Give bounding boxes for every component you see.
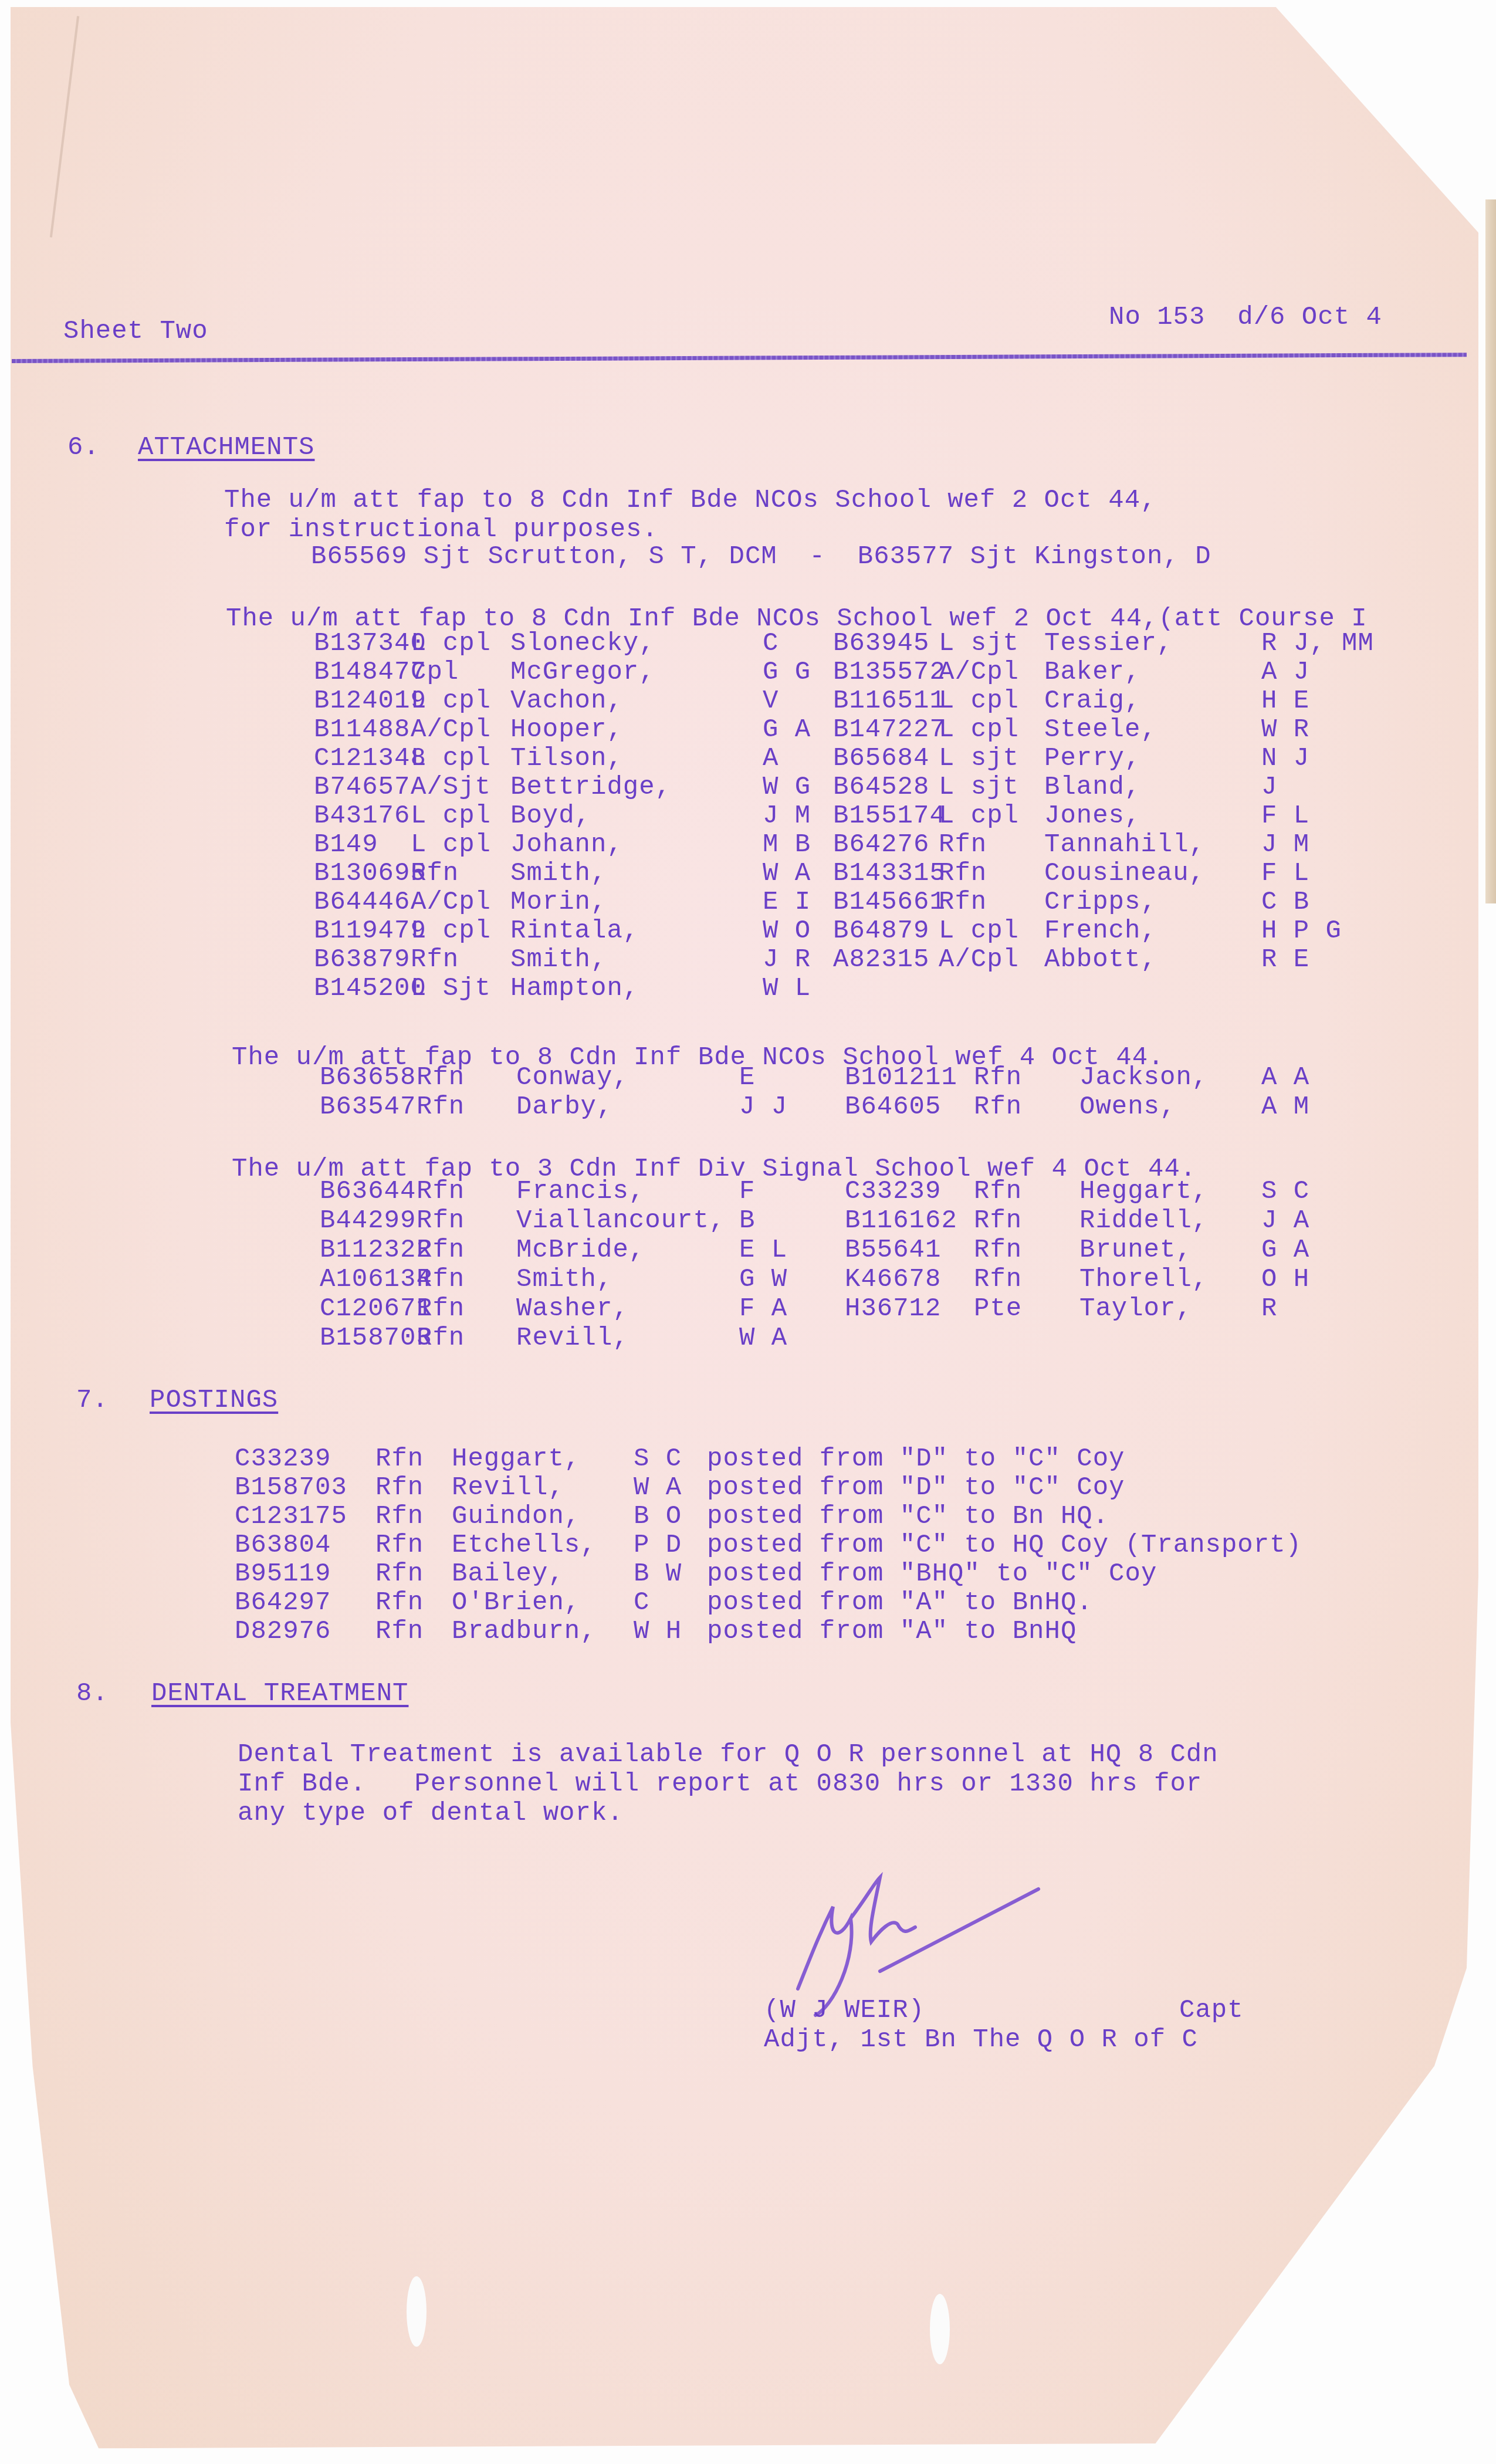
rank: Rfn: [974, 1206, 1022, 1236]
rank: Pte: [974, 1294, 1022, 1324]
service-number: B11488: [314, 715, 410, 744]
rank: Rfn: [974, 1063, 1022, 1092]
service-number: B135572: [833, 658, 946, 687]
surname: Washer,: [516, 1294, 629, 1324]
service-number: B145200: [314, 974, 427, 1003]
rank: Rfn: [375, 1473, 424, 1502]
surname: McGregor,: [510, 658, 655, 687]
surname: Boyd,: [510, 801, 591, 831]
initials: W A: [763, 859, 811, 888]
initials: H E: [1261, 686, 1309, 716]
initials: B W: [634, 1559, 682, 1589]
initials: J R: [763, 945, 811, 974]
service-number: B145661: [833, 888, 946, 917]
surname: Darby,: [516, 1092, 612, 1122]
initials: R J, MM: [1261, 629, 1374, 658]
rank: A/Sjt: [411, 773, 491, 802]
surname: Guindon,: [452, 1502, 580, 1531]
rank: Rfn: [375, 1559, 424, 1589]
initials: M B: [763, 830, 811, 859]
paper-back-edge: [1485, 199, 1496, 903]
service-number: B137340: [314, 629, 427, 658]
initials: S C: [634, 1444, 682, 1474]
surname: Bettridge,: [510, 773, 671, 802]
surname: Smith,: [516, 1265, 612, 1294]
rank: L cpl: [411, 830, 491, 859]
initials: N J: [1261, 744, 1309, 773]
surname: Riddell,: [1079, 1206, 1208, 1236]
rank: L cpl: [411, 801, 491, 831]
initials: J J: [739, 1092, 787, 1122]
rank: Rfn: [417, 1265, 465, 1294]
surname: Heggart,: [452, 1444, 580, 1474]
initials: A A: [1261, 1063, 1309, 1092]
initials: A J: [1261, 658, 1309, 687]
initials: J: [1261, 773, 1277, 802]
surname: Taylor,: [1079, 1294, 1192, 1324]
service-number: B148477: [314, 658, 427, 687]
service-number: B65684: [833, 744, 929, 773]
initials: V: [763, 686, 779, 716]
rank: Rfn: [375, 1531, 424, 1560]
surname: Perry,: [1044, 744, 1140, 773]
rank: L cpl: [411, 744, 491, 773]
service-number: B63879: [314, 945, 410, 974]
rank: L sjt: [939, 744, 1019, 773]
surname: O'Brien,: [452, 1588, 580, 1617]
service-number: B43176: [314, 801, 410, 831]
service-number: B112322: [320, 1236, 432, 1265]
rank: L sjt: [939, 773, 1019, 802]
surname: Jones,: [1044, 801, 1140, 831]
service-number: C121348: [314, 744, 427, 773]
rank: Rfn: [939, 888, 987, 917]
initials: P D: [634, 1531, 682, 1560]
initials: F L: [1261, 859, 1309, 888]
initials: O H: [1261, 1265, 1309, 1294]
service-number: B116511: [833, 686, 946, 716]
surname: Viallancourt,: [516, 1206, 725, 1236]
surname: Cripps,: [1044, 888, 1157, 917]
sheet-label: Sheet Two: [63, 317, 208, 346]
service-number: B63644: [320, 1177, 416, 1206]
dental-line-2: Inf Bde. Personnel will report at 0830 h…: [238, 1769, 1202, 1799]
surname: Francis,: [516, 1177, 645, 1206]
surname: Thorell,: [1079, 1265, 1208, 1294]
rank: Rfn: [417, 1063, 465, 1092]
service-number: B64879: [833, 916, 929, 946]
initials: R E: [1261, 945, 1309, 974]
surname: Craig,: [1044, 686, 1140, 716]
service-number: K46678: [845, 1265, 941, 1294]
section-6-number: 6.: [67, 433, 100, 462]
rank: L Sjt: [411, 974, 491, 1003]
initials: H P G: [1261, 916, 1342, 946]
surname: Vachon,: [510, 686, 623, 716]
service-number: B149: [314, 830, 378, 859]
surname: Tilson,: [510, 744, 623, 773]
dental-line-1: Dental Treatment is available for Q O R …: [238, 1740, 1219, 1769]
att-group1-intro-2: for instructional purposes.: [224, 515, 658, 544]
initials: G A: [763, 715, 811, 744]
rank: Rfn: [939, 830, 987, 859]
rank: L cpl: [939, 686, 1019, 716]
initials: W O: [763, 916, 811, 946]
service-number: B143315: [833, 859, 946, 888]
service-number: B63804: [235, 1531, 331, 1560]
rank: L cpl: [411, 916, 491, 946]
posting-detail: posted from "C" to HQ Coy (Transport): [707, 1531, 1302, 1560]
rank: Rfn: [375, 1502, 424, 1531]
posting-detail: posted from "A" to BnHQ.: [707, 1588, 1093, 1617]
rank: Rfn: [974, 1092, 1022, 1122]
initials: W L: [763, 974, 811, 1003]
surname: Bailey,: [452, 1559, 564, 1589]
initials: E I: [763, 888, 811, 917]
rank: L sjt: [939, 629, 1019, 658]
surname: Smith,: [510, 945, 607, 974]
service-number: B74657: [314, 773, 410, 802]
service-number: C33239: [845, 1177, 941, 1206]
service-number: B158703: [235, 1473, 347, 1502]
surname: Conway,: [516, 1063, 629, 1092]
surname: Jackson,: [1079, 1063, 1208, 1092]
punch-hole: [930, 2294, 950, 2364]
service-number: B63658: [320, 1063, 416, 1092]
signatory-title: Adjt, 1st Bn The Q O R of C: [764, 2025, 1198, 2055]
service-number: A82315: [833, 945, 929, 974]
rank: Rfn: [417, 1294, 465, 1324]
rank: L cpl: [939, 801, 1019, 831]
service-number: B63945: [833, 629, 929, 658]
surname: Revill,: [452, 1473, 564, 1502]
service-number: B64605: [845, 1092, 941, 1122]
rank: Cpl: [411, 658, 459, 687]
service-number: B44299: [320, 1206, 416, 1236]
section-7-number: 7.: [76, 1386, 109, 1415]
initials: C: [763, 629, 779, 658]
rank: Rfn: [411, 859, 459, 888]
initials: G G: [763, 658, 811, 687]
order-reference: No 153 d/6 Oct 4: [1109, 303, 1382, 332]
posting-detail: posted from "D" to "C" Coy: [707, 1444, 1125, 1474]
rank: Rfn: [974, 1265, 1022, 1294]
surname: Slonecky,: [510, 629, 655, 658]
initials: E L: [739, 1236, 787, 1265]
service-number: B155174: [833, 801, 946, 831]
service-number: B130695: [314, 859, 427, 888]
initials: C: [634, 1588, 649, 1617]
posting-detail: posted from "BHQ" to "C" Coy: [707, 1559, 1157, 1589]
service-number: B64446: [314, 888, 410, 917]
service-number: B124019: [314, 686, 427, 716]
section-6-title: ATTACHMENTS: [138, 433, 314, 462]
initials: A M: [1261, 1092, 1309, 1122]
surname: Hampton,: [510, 974, 639, 1003]
surname: Brunet,: [1079, 1236, 1192, 1265]
rank: L cpl: [411, 686, 491, 716]
surname: Etchells,: [452, 1531, 597, 1560]
rank: A/Cpl: [939, 658, 1019, 687]
surname: Bradburn,: [452, 1617, 597, 1646]
surname: Tessier,: [1044, 629, 1173, 658]
service-number: B55641: [845, 1236, 941, 1265]
surname: Hooper,: [510, 715, 623, 744]
service-number: C33239: [235, 1444, 331, 1474]
initials: S C: [1261, 1177, 1309, 1206]
service-number: C120671: [320, 1294, 432, 1324]
service-number: A106134: [320, 1265, 432, 1294]
punch-hole: [407, 2276, 427, 2347]
rank: A/Cpl: [411, 715, 491, 744]
service-number: B64297: [235, 1588, 331, 1617]
rank: A/Cpl: [411, 888, 491, 917]
initials: G W: [739, 1265, 787, 1294]
rank: Rfn: [417, 1236, 465, 1265]
initials: W A: [634, 1473, 682, 1502]
surname: Smith,: [510, 859, 607, 888]
section-8-number: 8.: [76, 1679, 109, 1708]
service-number: B101211: [845, 1063, 957, 1092]
initials: R: [1261, 1294, 1277, 1324]
service-number: B64276: [833, 830, 929, 859]
surname: McBride,: [516, 1236, 645, 1265]
initials: F: [739, 1177, 755, 1206]
service-number: B63547: [320, 1092, 416, 1122]
rank: Rfn: [974, 1177, 1022, 1206]
surname: Cousineau,: [1044, 859, 1205, 888]
att-group1-entries: B65569 Sjt Scrutton, S T, DCM - B63577 S…: [311, 542, 1211, 571]
initials: W G: [763, 773, 811, 802]
rank: Rfn: [417, 1324, 465, 1353]
service-number: D82976: [235, 1617, 331, 1646]
rank: Rfn: [974, 1236, 1022, 1265]
surname: Bland,: [1044, 773, 1140, 802]
initials: B O: [634, 1502, 682, 1531]
rank: Rfn: [939, 859, 987, 888]
rank: L cpl: [411, 629, 491, 658]
initials: B: [739, 1206, 755, 1236]
surname: Owens,: [1079, 1092, 1176, 1122]
paper-crease: [50, 16, 79, 238]
surname: Revill,: [516, 1324, 629, 1353]
rank: Rfn: [375, 1617, 424, 1646]
service-number: B116162: [845, 1206, 957, 1236]
surname: Morin,: [510, 888, 607, 917]
section-7-title: POSTINGS: [150, 1386, 278, 1415]
initials: W H: [634, 1617, 682, 1646]
service-number: B64528: [833, 773, 929, 802]
initials: E: [739, 1063, 755, 1092]
initials: C B: [1261, 888, 1309, 917]
rank: L cpl: [939, 715, 1019, 744]
service-number: H36712: [845, 1294, 941, 1324]
initials: J A: [1261, 1206, 1309, 1236]
posting-detail: posted from "D" to "C" Coy: [707, 1473, 1125, 1502]
rank: L cpl: [939, 916, 1019, 946]
rank: Rfn: [375, 1444, 424, 1474]
rank: Rfn: [417, 1206, 465, 1236]
initials: A: [763, 744, 779, 773]
service-number: B119479: [314, 916, 427, 946]
posting-detail: posted from "A" to BnHQ: [707, 1617, 1077, 1646]
surname: Heggart,: [1079, 1177, 1208, 1206]
initials: W R: [1261, 715, 1309, 744]
surname: Rintala,: [510, 916, 639, 946]
surname: Baker,: [1044, 658, 1140, 687]
rank: Rfn: [375, 1588, 424, 1617]
service-number: C123175: [235, 1502, 347, 1531]
section-8-title: DENTAL TREATMENT: [151, 1679, 408, 1708]
surname: Steele,: [1044, 715, 1157, 744]
initials: W A: [739, 1324, 787, 1353]
initials: G A: [1261, 1236, 1309, 1265]
initials: J M: [763, 801, 811, 831]
initials: J M: [1261, 830, 1309, 859]
dental-line-3: any type of dental work.: [238, 1799, 624, 1828]
surname: French,: [1044, 916, 1157, 946]
rank: Rfn: [417, 1177, 465, 1206]
rank: Rfn: [411, 945, 459, 974]
service-number: B95119: [235, 1559, 331, 1589]
service-number: B147227: [833, 715, 946, 744]
surname: Tannahill,: [1044, 830, 1205, 859]
initials: F L: [1261, 801, 1309, 831]
service-number: B158703: [320, 1324, 432, 1353]
rank: A/Cpl: [939, 945, 1019, 974]
att-group1-intro-1: The u/m att fap to 8 Cdn Inf Bde NCOs Sc…: [224, 486, 1156, 515]
rank: Rfn: [417, 1092, 465, 1122]
initials: F A: [739, 1294, 787, 1324]
surname: Abbott,: [1044, 945, 1157, 974]
posting-detail: posted from "C" to Bn HQ.: [707, 1502, 1109, 1531]
signatory-name: (W J WEIR): [764, 1996, 925, 2025]
signatory-rank: Capt: [1179, 1996, 1244, 2025]
surname: Johann,: [510, 830, 623, 859]
